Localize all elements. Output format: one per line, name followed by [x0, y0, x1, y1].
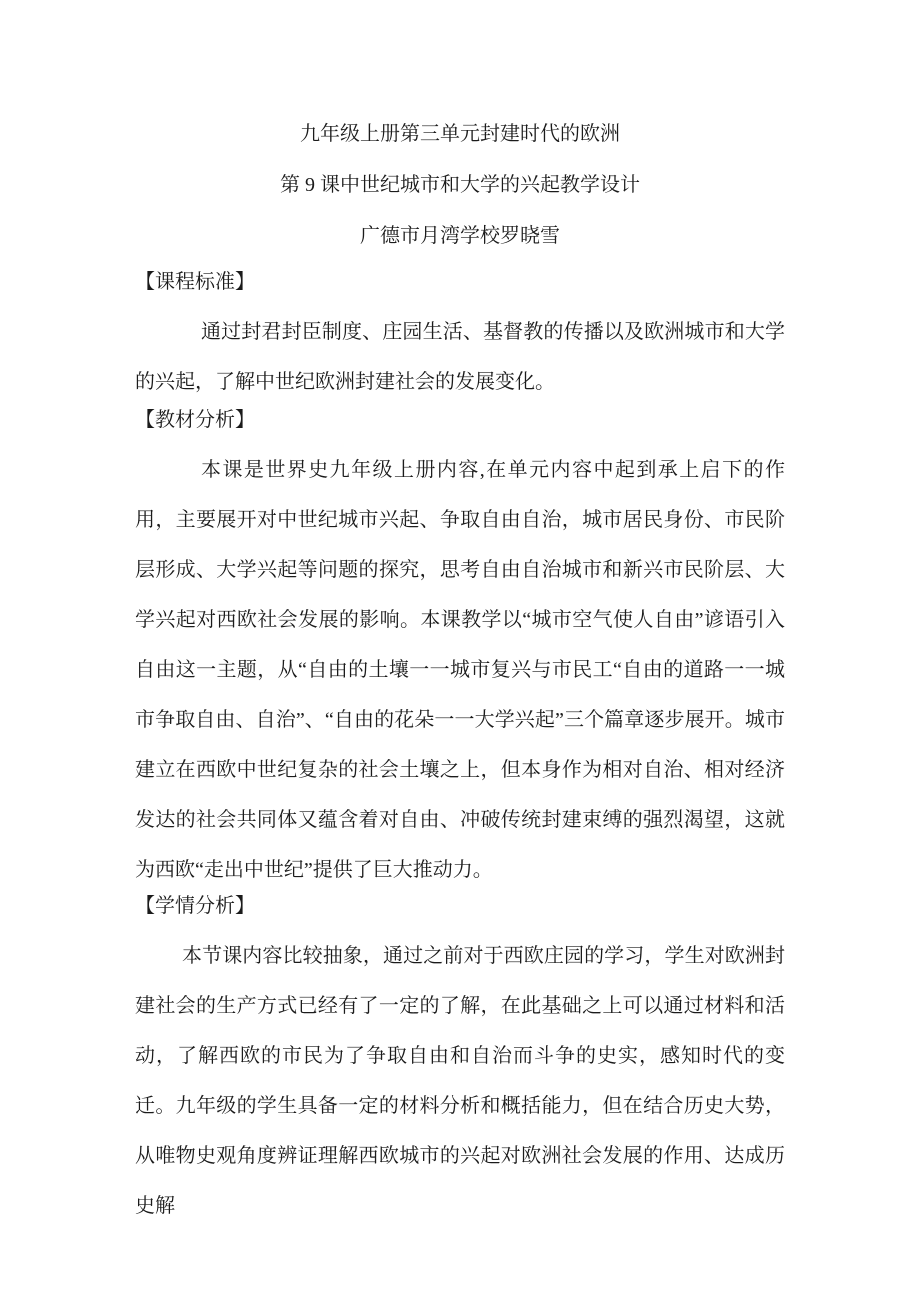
paragraph-textbook-analysis: 本课是世界史九年级上册内容,在单元内容中起到承上启下的作用，主要展开对中世纪城市…	[135, 445, 785, 895]
doc-title-unit: 九年级上册第三单元封建时代的欧洲	[135, 109, 785, 160]
paragraph-learner-analysis: 本节课内容比较抽象，通过之前对于西欧庄园的学习，学生对欧洲封建社会的生产方式已经…	[135, 931, 785, 1231]
paragraph-course-standard: 通过封君封臣制度、庄园生活、基督教的传播以及欧洲城市和大学的兴起，了解中世纪欧洲…	[135, 307, 785, 407]
doc-title-lesson: 第 9 课中世纪城市和大学的兴起教学设计	[135, 160, 785, 211]
doc-author: 广德市月湾学校罗晓雪	[135, 211, 785, 262]
document-content: 九年级上册第三单元封建时代的欧洲 第 9 课中世纪城市和大学的兴起教学设计 广德…	[135, 0, 785, 1231]
document-page: 九年级上册第三单元封建时代的欧洲 第 9 课中世纪城市和大学的兴起教学设计 广德…	[0, 0, 920, 1301]
section-heading-course-standard: 【课程标准】	[135, 257, 785, 307]
